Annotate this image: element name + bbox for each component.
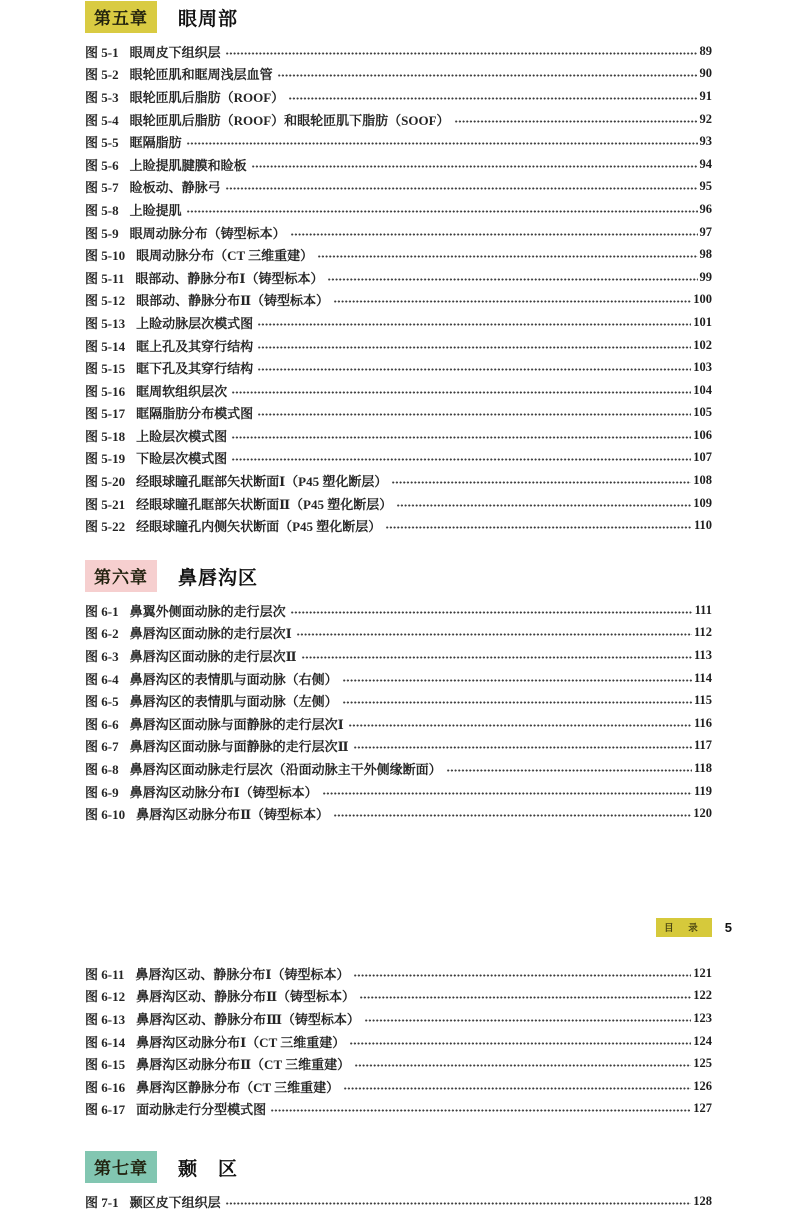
figure-label: 图 5-19 [85, 448, 125, 467]
dot-leader [328, 277, 697, 282]
toc-entry: 图 6-1鼻翼外侧面动脉的走行层次111 [85, 599, 712, 622]
page-number: 111 [695, 603, 712, 618]
page-number: 89 [700, 44, 713, 59]
figure-title: 经眼球瞳孔眶部矢状断面Ⅰ（P45 塑化断层） [136, 471, 387, 490]
dot-leader [226, 1201, 692, 1206]
chapter-6-heading: 第六章 鼻唇沟区 [85, 562, 712, 590]
page-number: 98 [700, 247, 713, 262]
dot-leader [187, 141, 698, 146]
page-number: 121 [693, 966, 712, 981]
figure-label: 图 6-14 [85, 1032, 125, 1051]
chapter-6-badge: 第六章 [85, 560, 157, 592]
dot-leader [323, 791, 692, 796]
toc-entry: 图 5-4眼轮匝肌后脂肪（ROOF）和眼轮匝肌下脂肪（SOOF）92 [85, 108, 712, 131]
figure-title: 眼轮匝肌和眶周浅层血管 [130, 64, 273, 83]
page-number: 117 [694, 738, 712, 753]
figure-label: 图 6-12 [85, 986, 125, 1005]
figure-title: 鼻唇沟区面动脉的走行层次Ⅱ [130, 646, 297, 665]
toc-entry: 图 5-3眼轮匝肌后脂肪（ROOF）91 [85, 85, 712, 108]
dot-leader [354, 745, 692, 750]
page-number: 106 [693, 428, 712, 443]
figure-label: 图 6-9 [85, 782, 119, 801]
toc-entry: 图 5-18上睑层次模式图106 [85, 424, 712, 447]
page-number: 93 [700, 134, 713, 149]
dot-leader [365, 1018, 691, 1023]
page-number: 99 [700, 270, 713, 285]
dot-leader [386, 525, 692, 530]
page-number: 103 [693, 360, 712, 375]
figure-label: 图 5-12 [85, 290, 125, 309]
figure-title: 眶下孔及其穿行结构 [136, 358, 253, 377]
chapter-7-entries: 图 7-1颞区皮下组织层128 [85, 1190, 712, 1213]
dot-leader [334, 813, 691, 818]
dot-leader [318, 254, 697, 259]
page-number: 125 [693, 1056, 712, 1071]
figure-label: 图 5-16 [85, 381, 125, 400]
page-number: 108 [693, 473, 712, 488]
toc-entry: 图 5-14眶上孔及其穿行结构102 [85, 334, 712, 357]
figure-label: 图 7-1 [85, 1192, 119, 1211]
dot-leader [232, 390, 691, 395]
toc-entry: 图 6-10鼻唇沟区动脉分布Ⅱ（铸型标本）120 [85, 802, 712, 825]
page-number: 105 [693, 405, 712, 420]
figure-title: 鼻翼外侧面动脉的走行层次 [130, 601, 286, 620]
dot-leader [278, 73, 698, 78]
figure-label: 图 5-18 [85, 426, 125, 445]
toc-entry: 图 5-5眶隔脂肪93 [85, 130, 712, 153]
toc-entry: 图 6-11鼻唇沟区动、静脉分布Ⅰ（铸型标本）121 [85, 962, 712, 985]
page-number: 124 [693, 1034, 712, 1049]
page-number: 128 [693, 1194, 712, 1209]
figure-title: 上睑提肌腱膜和睑板 [130, 155, 247, 174]
figure-label: 图 6-5 [85, 691, 119, 710]
figure-title: 经眼球瞳孔眶部矢状断面Ⅱ（P45 塑化断层） [136, 494, 392, 513]
toc-entry: 图 5-1眼周皮下组织层89 [85, 40, 712, 63]
toc-entry: 图 6-15鼻唇沟区动脉分布Ⅱ（CT 三维重建）125 [85, 1052, 712, 1075]
figure-label: 图 6-7 [85, 736, 119, 755]
figure-title: 上睑动脉层次模式图 [136, 313, 253, 332]
chapter-6-title: 鼻唇沟区 [178, 563, 258, 590]
toc-entry: 图 5-9眼周动脉分布（铸型标本）97 [85, 221, 712, 244]
figure-title: 上睑提肌 [130, 200, 182, 219]
toc-entry: 图 7-1颞区皮下组织层128 [85, 1190, 712, 1213]
page-number: 110 [694, 518, 712, 533]
toc-entry: 图 6-8鼻唇沟区面动脉走行层次（沿面动脉主干外侧缘断面）118 [85, 757, 712, 780]
chapter-7-badge: 第七章 [85, 1151, 157, 1183]
figure-label: 图 5-6 [85, 155, 119, 174]
dot-leader [455, 119, 698, 124]
figure-title: 鼻唇沟区动、静脉分布Ⅲ（铸型标本） [136, 1009, 360, 1028]
page-number: 120 [693, 806, 712, 821]
page-number: 114 [694, 671, 712, 686]
page-number: 102 [693, 338, 712, 353]
figure-title: 经眼球瞳孔内侧矢状断面（P45 塑化断层） [136, 516, 381, 535]
dot-leader [232, 435, 691, 440]
figure-label: 图 5-1 [85, 42, 119, 61]
figure-label: 图 5-5 [85, 132, 119, 151]
chapter-5-entries: 图 5-1眼周皮下组织层89图 5-2眼轮匝肌和眶周浅层血管90图 5-3眼轮匝… [85, 40, 712, 537]
toc-entry: 图 5-8上睑提肌96 [85, 198, 712, 221]
figure-label: 图 6-13 [85, 1009, 125, 1028]
figure-label: 图 6-6 [85, 714, 119, 733]
page-footer: 目 录 5 [85, 919, 722, 936]
figure-title: 鼻唇沟区静脉分布（CT 三维重建） [136, 1077, 339, 1096]
dot-leader [252, 164, 698, 169]
toc-entry: 图 6-4鼻唇沟区的表情肌与面动脉（右侧）114 [85, 667, 712, 690]
toc-page: 第五章 眼周部 图 5-1眼周皮下组织层89图 5-2眼轮匝肌和眶周浅层血管90… [0, 0, 790, 1222]
page-number: 115 [694, 693, 712, 708]
page-number: 95 [700, 179, 713, 194]
dot-leader [291, 232, 698, 237]
figure-title: 下睑层次模式图 [136, 448, 227, 467]
figure-title: 鼻唇沟区动脉分布Ⅱ（CT 三维重建） [136, 1054, 350, 1073]
figure-label: 图 6-15 [85, 1054, 125, 1073]
toc-entry: 图 5-10眼周动脉分布（CT 三维重建）98 [85, 243, 712, 266]
dot-leader [397, 503, 691, 508]
figure-label: 图 5-10 [85, 245, 125, 264]
dot-leader [392, 480, 691, 485]
dot-leader [271, 1108, 691, 1113]
page-number: 94 [700, 157, 713, 172]
page-number: 123 [693, 1011, 712, 1026]
figure-title: 眼周动脉分布（CT 三维重建） [136, 245, 313, 264]
page-number: 107 [693, 450, 712, 465]
figure-label: 图 6-8 [85, 759, 119, 778]
figure-label: 图 6-2 [85, 623, 119, 642]
figure-title: 鼻唇沟区面动脉的走行层次Ⅰ [130, 623, 292, 642]
figure-title: 睑板动、静脉弓 [130, 177, 221, 196]
toc-entry: 图 5-19下睑层次模式图107 [85, 447, 712, 470]
figure-title: 眼周皮下组织层 [130, 42, 221, 61]
toc-entry: 图 5-13上睑动脉层次模式图101 [85, 311, 712, 334]
figure-label: 图 5-22 [85, 516, 125, 535]
dot-leader [258, 367, 691, 372]
toc-entry: 图 5-7睑板动、静脉弓95 [85, 176, 712, 199]
figure-title: 眶上孔及其穿行结构 [136, 336, 253, 355]
toc-footer-badge: 目 录 [656, 918, 712, 937]
figure-title: 鼻唇沟区动脉分布Ⅱ（铸型标本） [136, 804, 329, 823]
toc-entry: 图 6-14鼻唇沟区动脉分布Ⅰ（CT 三维重建）124 [85, 1030, 712, 1053]
dot-leader [343, 700, 692, 705]
chapter-7-section: 第七章 颞 区 图 7-1颞区皮下组织层128 [85, 1153, 712, 1213]
toc-entry: 图 5-22经眼球瞳孔内侧矢状断面（P45 塑化断层）110 [85, 514, 712, 537]
toc-entry: 图 6-9鼻唇沟区动脉分布Ⅰ（铸型标本）119 [85, 780, 712, 803]
figure-label: 图 5-13 [85, 313, 125, 332]
figure-label: 图 6-11 [85, 964, 124, 983]
dot-leader [354, 973, 691, 978]
figure-label: 图 5-4 [85, 110, 119, 129]
toc-entry: 图 6-5鼻唇沟区的表情肌与面动脉（左侧）115 [85, 689, 712, 712]
dot-leader [226, 51, 698, 56]
figure-label: 图 5-20 [85, 471, 125, 490]
page-number: 96 [700, 202, 713, 217]
toc-entry: 图 5-17眶隔脂肪分布模式图105 [85, 402, 712, 425]
page-number: 118 [694, 761, 712, 776]
toc-entry: 图 5-11眼部动、静脉分布Ⅰ（铸型标本）99 [85, 266, 712, 289]
dot-leader [447, 768, 692, 773]
page-number: 119 [694, 784, 712, 799]
toc-entry: 图 6-13鼻唇沟区动、静脉分布Ⅲ（铸型标本）123 [85, 1007, 712, 1030]
chapter-7-heading: 第七章 颞 区 [85, 1153, 712, 1181]
toc-entry: 图 6-7鼻唇沟区面动脉与面静脉的走行层次Ⅱ117 [85, 735, 712, 758]
figure-title: 眼轮匝肌后脂肪（ROOF）和眼轮匝肌下脂肪（SOOF） [130, 110, 450, 129]
figure-label: 图 5-15 [85, 358, 125, 377]
page-number: 101 [693, 315, 712, 330]
page-number: 127 [693, 1101, 712, 1116]
dot-leader [343, 678, 692, 683]
chapter-6-entries-part2: 图 6-11鼻唇沟区动、静脉分布Ⅰ（铸型标本）121图 6-12鼻唇沟区动、静脉… [85, 962, 712, 1120]
figure-title: 眼周动脉分布（铸型标本） [130, 223, 286, 242]
figure-label: 图 5-2 [85, 64, 119, 83]
page-number: 92 [700, 112, 713, 127]
chapter-6-entries-part1: 图 6-1鼻翼外侧面动脉的走行层次111图 6-2鼻唇沟区面动脉的走行层次Ⅰ11… [85, 599, 712, 825]
dot-leader [187, 209, 698, 214]
dot-leader [355, 1063, 691, 1068]
figure-label: 图 6-17 [85, 1099, 125, 1118]
figure-label: 图 6-10 [85, 804, 125, 823]
dot-leader [258, 412, 691, 417]
figure-label: 图 5-9 [85, 223, 119, 242]
figure-label: 图 5-21 [85, 494, 125, 513]
chapter-5-title: 眼周部 [178, 4, 238, 31]
toc-entry: 图 5-21经眼球瞳孔眶部矢状断面Ⅱ（P45 塑化断层）109 [85, 492, 712, 515]
dot-leader [349, 723, 692, 728]
figure-title: 眶隔脂肪 [130, 132, 182, 151]
figure-label: 图 5-8 [85, 200, 119, 219]
dot-leader [258, 345, 691, 350]
figure-title: 鼻唇沟区动、静脉分布Ⅰ（铸型标本） [135, 964, 349, 983]
page-number: 116 [694, 716, 712, 731]
figure-title: 鼻唇沟区的表情肌与面动脉（右侧） [130, 669, 338, 688]
toc-entry: 图 5-2眼轮匝肌和眶周浅层血管90 [85, 63, 712, 86]
figure-label: 图 5-3 [85, 87, 119, 106]
dot-leader [289, 96, 697, 101]
chapter-7-title: 颞 区 [178, 1154, 238, 1181]
toc-entry: 图 6-12鼻唇沟区动、静脉分布Ⅱ（铸型标本）122 [85, 985, 712, 1008]
figure-label: 图 6-16 [85, 1077, 125, 1096]
figure-title: 眼部动、静脉分布Ⅰ（铸型标本） [135, 268, 323, 287]
figure-label: 图 5-14 [85, 336, 125, 355]
toc-entry: 图 5-15眶下孔及其穿行结构103 [85, 356, 712, 379]
chapter-5-heading: 第五章 眼周部 [85, 3, 712, 31]
toc-entry: 图 6-3鼻唇沟区面动脉的走行层次Ⅱ113 [85, 644, 712, 667]
figure-title: 鼻唇沟区动、静脉分布Ⅱ（铸型标本） [136, 986, 355, 1005]
dot-leader [291, 610, 693, 615]
chapter-5-section: 第五章 眼周部 图 5-1眼周皮下组织层89图 5-2眼轮匝肌和眶周浅层血管90… [85, 3, 712, 537]
figure-title: 鼻唇沟区面动脉与面静脉的走行层次Ⅱ [130, 736, 349, 755]
chapter-6-continued-section: 图 6-11鼻唇沟区动、静脉分布Ⅰ（铸型标本）121图 6-12鼻唇沟区动、静脉… [85, 962, 712, 1120]
footer-page-number: 5 [725, 920, 732, 935]
figure-label: 图 5-17 [85, 403, 125, 422]
dot-leader [258, 322, 691, 327]
figure-title: 眶隔脂肪分布模式图 [136, 403, 253, 422]
figure-title: 眶周软组织层次 [136, 381, 227, 400]
figure-label: 图 6-3 [85, 646, 119, 665]
page-number: 100 [693, 292, 712, 307]
figure-title: 鼻唇沟区的表情肌与面动脉（左侧） [130, 691, 338, 710]
page-number: 112 [694, 625, 712, 640]
toc-entry: 图 6-6鼻唇沟区面动脉与面静脉的走行层次Ⅰ116 [85, 712, 712, 735]
dot-leader [360, 995, 691, 1000]
dot-leader [302, 655, 692, 660]
figure-title: 上睑层次模式图 [136, 426, 227, 445]
page-number: 97 [700, 225, 713, 240]
page-number: 113 [694, 648, 712, 663]
figure-title: 鼻唇沟区面动脉与面静脉的走行层次Ⅰ [130, 714, 344, 733]
page-number: 91 [700, 89, 713, 104]
dot-leader [226, 186, 698, 191]
figure-label: 图 5-7 [85, 177, 119, 196]
dot-leader [297, 632, 692, 637]
figure-title: 颞区皮下组织层 [130, 1192, 221, 1211]
chapter-6-section: 第六章 鼻唇沟区 图 6-1鼻翼外侧面动脉的走行层次111图 6-2鼻唇沟区面动… [85, 562, 712, 825]
figure-label: 图 6-1 [85, 601, 119, 620]
toc-entry: 图 5-20经眼球瞳孔眶部矢状断面Ⅰ（P45 塑化断层）108 [85, 469, 712, 492]
chapter-5-badge: 第五章 [85, 1, 157, 33]
dot-leader [334, 299, 691, 304]
figure-title: 鼻唇沟区面动脉走行层次（沿面动脉主干外侧缘断面） [130, 759, 442, 778]
toc-entry: 图 5-12眼部动、静脉分布Ⅱ（铸型标本）100 [85, 289, 712, 312]
page-number: 122 [693, 988, 712, 1003]
page-number: 109 [693, 496, 712, 511]
dot-leader [350, 1041, 691, 1046]
page-number: 126 [693, 1079, 712, 1094]
toc-entry: 图 6-16鼻唇沟区静脉分布（CT 三维重建）126 [85, 1075, 712, 1098]
figure-title: 眼轮匝肌后脂肪（ROOF） [130, 87, 285, 106]
toc-entry: 图 5-16眶周软组织层次104 [85, 379, 712, 402]
dot-leader [344, 1086, 691, 1091]
figure-title: 眼部动、静脉分布Ⅱ（铸型标本） [136, 290, 329, 309]
toc-entry: 图 5-6上睑提肌腱膜和睑板94 [85, 153, 712, 176]
page-number: 104 [693, 383, 712, 398]
page-number: 90 [700, 66, 713, 81]
figure-title: 鼻唇沟区动脉分布Ⅰ（铸型标本） [130, 782, 318, 801]
figure-title: 鼻唇沟区动脉分布Ⅰ（CT 三维重建） [136, 1032, 345, 1051]
toc-entry: 图 6-17面动脉走行分型模式图127 [85, 1098, 712, 1121]
figure-title: 面动脉走行分型模式图 [136, 1099, 266, 1118]
toc-entry: 图 6-2鼻唇沟区面动脉的走行层次Ⅰ112 [85, 622, 712, 645]
figure-label: 图 6-4 [85, 669, 119, 688]
figure-label: 图 5-11 [85, 268, 124, 287]
dot-leader [232, 457, 691, 462]
